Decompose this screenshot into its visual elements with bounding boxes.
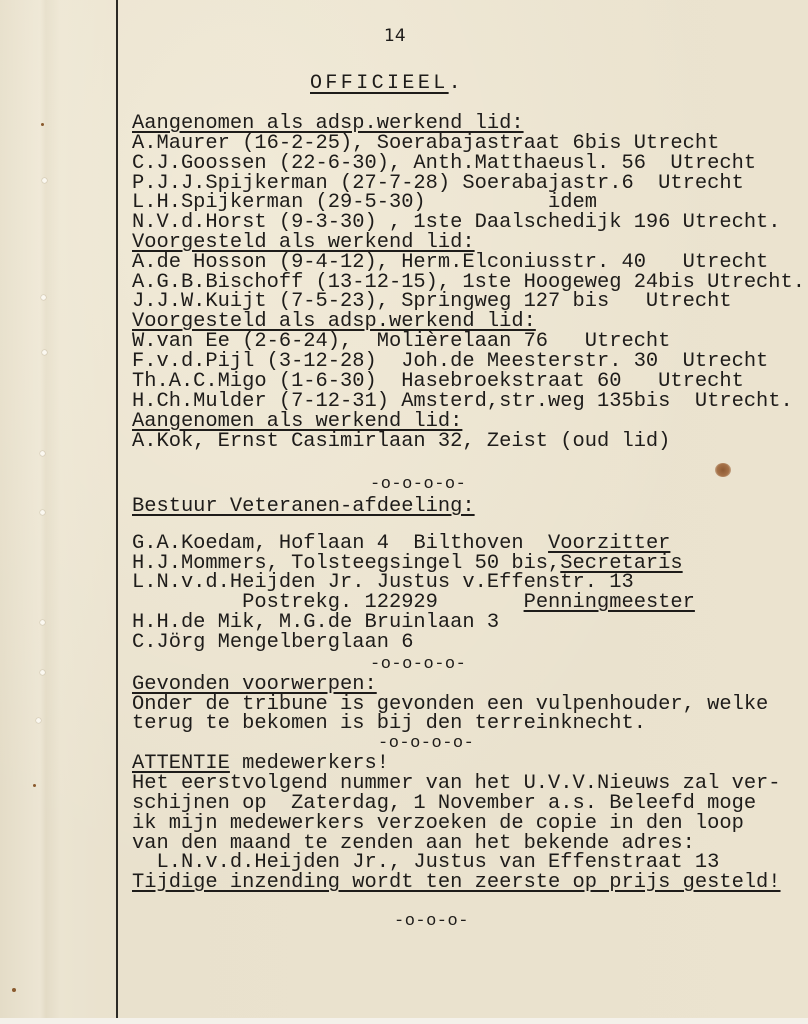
paper-speck (12, 988, 16, 992)
binding-hole (40, 510, 45, 515)
board-member: G.A.Koedam, Hoflaan 4 Bilthoven Voorzitt… (132, 534, 670, 554)
board-member-address: C.Jörg Mengelberglaan 6 (132, 631, 413, 654)
binding-hole (40, 620, 45, 625)
page-edge (0, 1018, 808, 1024)
binding-hole (40, 670, 45, 675)
board-member: C.Jörg Mengelberglaan 6 (132, 633, 413, 653)
separator: -o-o-o-o- (370, 655, 466, 674)
member-line: C.J.Goossen (22-6-30), Anth.Matthaeusl. … (132, 154, 756, 174)
text-line: schijnen op Zaterdag, 1 November a.s. Be… (132, 794, 756, 814)
separator: -o-o-o-o- (378, 734, 474, 753)
member-line: H.Ch.Mulder (7-12-31) Amsterd,str.weg 13… (132, 392, 793, 412)
binding-hole (40, 451, 45, 456)
member-line: Th.A.C.Migo (1-6-30) Hasebroekstraat 60 … (132, 372, 744, 392)
binding-hole (42, 178, 47, 183)
section-heading: ATTENTIE medewerkers! (132, 754, 389, 774)
paper-speck (41, 123, 44, 126)
board-member: H.H.de Mik, M.G.de Bruinlaan 3 (132, 613, 499, 633)
binding-hole (36, 718, 41, 723)
section-heading: Aangenomen als werkend lid: (132, 412, 462, 432)
member-line: A.Maurer (16-2-25), Soerabajastraat 6bis… (132, 134, 719, 154)
paper-stain (715, 463, 731, 477)
member-line: A.de Hosson (9-4-12), Herm.Elconiusstr. … (132, 253, 768, 273)
member-line: F.v.d.Pijl (3-12-28) Joh.de Meesterstr. … (132, 352, 768, 372)
member-line: W.van Ee (2-6-24), Molièrelaan 76 Utrech… (132, 332, 670, 352)
text-line: Het eerstvolgend nummer van het U.V.V.Ni… (132, 774, 781, 794)
separator: -o-o-o- (394, 912, 469, 931)
title-text: OFFICIEEL (310, 72, 449, 95)
binding-hole (41, 295, 46, 300)
page-title: OFFICIEEL. (310, 72, 464, 95)
section-heading: Aangenomen als adsp.werkend lid: (132, 114, 524, 134)
board-member: Postrekg. 122929 Penningmeester (132, 593, 695, 613)
member-line: A.Kok, Ernst Casimirlaan 32, Zeist (oud … (132, 432, 670, 452)
page-number: 14 (384, 26, 406, 46)
text-line: L.N.v.d.Heijden Jr., Justus van Effenstr… (132, 853, 719, 873)
text-line: ik mijn medewerkers verzoeken de copie i… (132, 814, 744, 834)
board-member: L.N.v.d.Heijden Jr. Justus v.Effenstr. 1… (132, 573, 634, 593)
section-heading: Gevonden voorwerpen: (132, 675, 377, 695)
binding-hole (42, 350, 47, 355)
text-line: terug te bekomen is bij den terreinknech… (132, 714, 646, 734)
member-line: L.H.Spijkerman (29-5-30) idem (132, 193, 597, 213)
title-period: . (449, 72, 464, 95)
member-line: J.J.W.Kuijt (7-5-23), Springweg 127 bis … (132, 292, 732, 312)
margin-rule (116, 0, 118, 1024)
section-heading: Voorgesteld als werkend lid: (132, 233, 475, 253)
member-line: N.V.d.Horst (9-3-30) , 1ste Daalschedijk… (132, 213, 781, 233)
closing-line: Tijdige inzending wordt ten zeerste op p… (132, 873, 781, 893)
paper-speck (33, 784, 36, 787)
separator: -o-o-o-o- (370, 475, 466, 494)
section-heading: Voorgesteld als adsp.werkend lid: (132, 312, 536, 332)
section-heading: Bestuur Veteranen-afdeeling: (132, 497, 475, 517)
board-role: Penningmeester (524, 591, 695, 614)
